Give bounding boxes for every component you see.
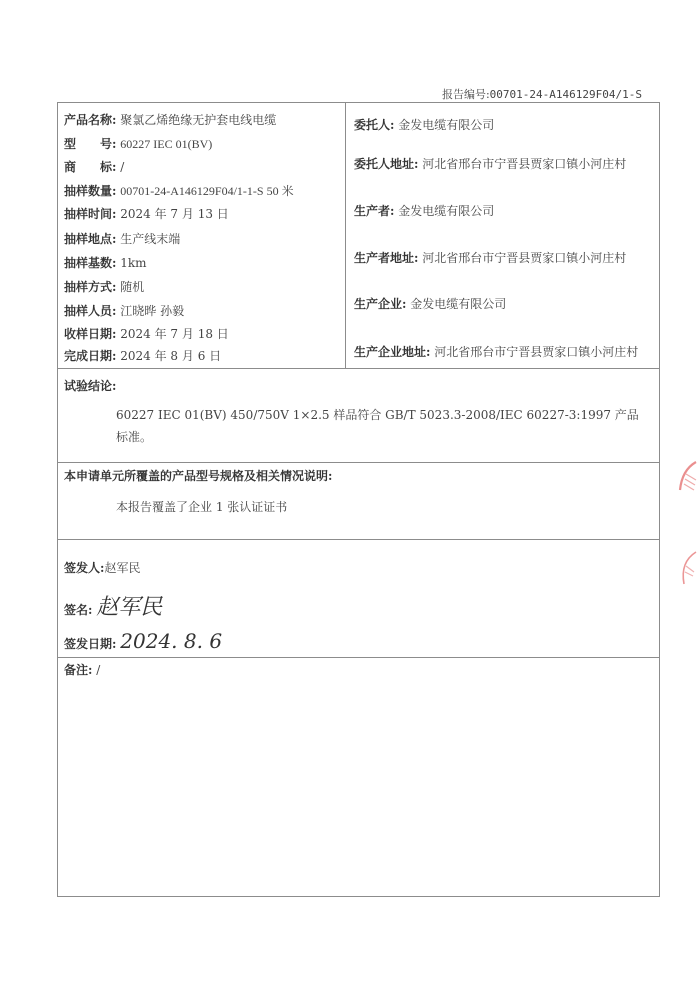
report-number-label: 报告编号: — [442, 88, 490, 101]
seal-stamp-fragment-bottom — [676, 548, 700, 588]
field-sampling-time: 抽样时间: 2024 年 7 月 13 日 — [64, 207, 229, 221]
handwritten-date: 2024. 8. 6 — [120, 629, 222, 653]
sign-label: 签名: — [64, 603, 92, 617]
field-manufacturer-address: 生产企业地址: 河北省邢台市宁晋县贾家口镇小河庄村 — [354, 345, 638, 359]
field-client-address: 委托人地址: 河北省邢台市宁晋县贾家口镇小河庄村 — [354, 157, 626, 171]
divider-signature-bottom — [58, 657, 659, 658]
issue-date-row: 签发日期: 2024. 8. 6 — [64, 629, 222, 653]
field-samplers: 抽样人员: 江晓晔 孙毅 — [64, 304, 184, 318]
seal-stamp-fragment-top — [676, 460, 700, 500]
field-sampling-method: 抽样方式: 随机 — [64, 280, 144, 294]
field-producer: 生产者: 金发电缆有限公司 — [354, 204, 494, 218]
field-client: 委托人: 金发电缆有限公司 — [354, 118, 494, 132]
issue-date-label: 签发日期: — [64, 637, 116, 651]
conclusion-line-2: 标准。 — [116, 426, 649, 448]
conclusion-body: 60227 IEC 01(BV) 450/750V 1×2.5 样品符合 GB/… — [116, 404, 649, 448]
coverage-title: 本申请单元所覆盖的产品型号规格及相关情况说明: — [64, 467, 332, 484]
field-sampling-location: 抽样地点: 生产线末端 — [64, 232, 180, 246]
issuer-row: 签发人:赵军民 — [64, 559, 140, 576]
field-sampling-base: 抽样基数: 1km — [64, 256, 147, 270]
report-table: 产品名称: 聚氯乙烯绝缘无护套电线电缆 型 号: 60227 IEC 01(BV… — [57, 102, 660, 897]
report-number-value: 00701-24-A146129F04/1-S — [490, 88, 642, 101]
field-product-name: 产品名称: 聚氯乙烯绝缘无护套电线电缆 — [64, 113, 276, 127]
column-divider — [345, 103, 346, 368]
sign-row: 签名: 赵军民 — [64, 590, 162, 621]
remarks-row: 备注: / — [64, 661, 100, 678]
field-model: 型 号: 60227 IEC 01(BV) — [64, 137, 212, 151]
divider-info-bottom — [58, 368, 659, 369]
issuer-name: 赵军民 — [104, 561, 140, 575]
remarks-label: 备注: — [64, 663, 92, 677]
field-receipt-date: 收样日期: 2024 年 7 月 18 日 — [64, 327, 229, 341]
divider-coverage-bottom — [58, 539, 659, 540]
field-producer-address: 生产者地址: 河北省邢台市宁晋县贾家口镇小河庄村 — [354, 251, 626, 265]
coverage-body: 本报告覆盖了企业 1 张认证证书 — [116, 496, 649, 518]
report-number: 报告编号:00701-24-A146129F04/1-S — [442, 86, 642, 102]
field-completion-date: 完成日期: 2024 年 8 月 6 日 — [64, 349, 221, 363]
remarks-value: / — [96, 663, 100, 677]
field-sample-quantity: 抽样数量: 00701-24-A146129F04/1-1-S 50 米 — [64, 184, 294, 198]
issuer-label: 签发人: — [64, 561, 104, 575]
conclusion-title: 试验结论: — [64, 377, 116, 394]
conclusion-line-1: 60227 IEC 01(BV) 450/750V 1×2.5 样品符合 GB/… — [116, 404, 649, 426]
handwritten-signature: 赵军民 — [96, 595, 162, 620]
field-manufacturer: 生产企业: 金发电缆有限公司 — [354, 297, 506, 311]
field-trademark: 商 标: / — [64, 160, 124, 174]
divider-conclusion-bottom — [58, 462, 659, 463]
